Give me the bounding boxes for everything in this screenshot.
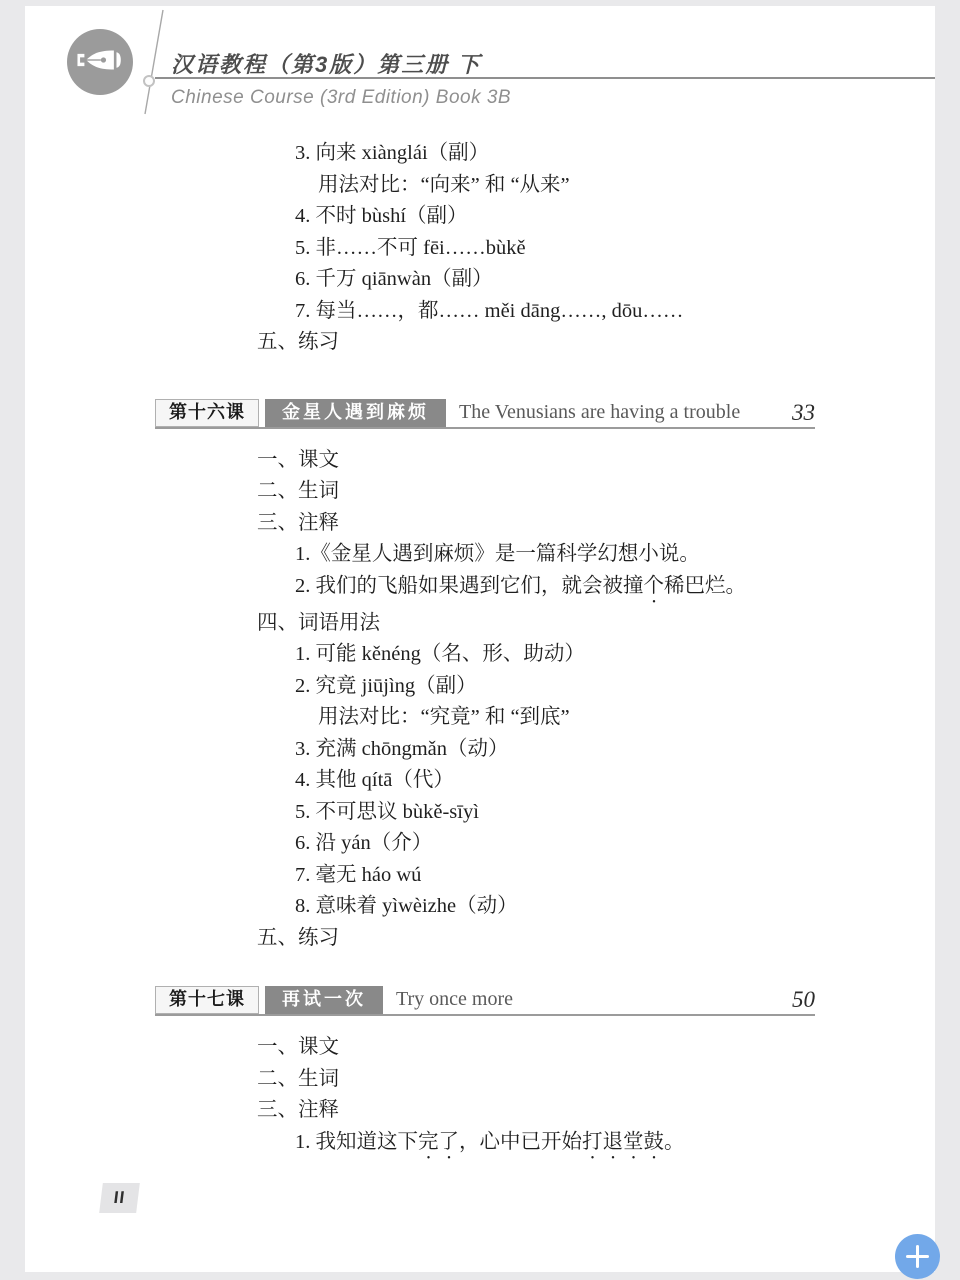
lesson17-items: 一、课文 二、生词 三、注释 1. 我知道这下完了，心中已开始打退堂鼓。	[25, 1032, 935, 1164]
toc-entry: 三、注释	[25, 508, 935, 540]
toc-entry: 6. 千万 qiānwàn（副）	[25, 264, 935, 296]
toc-entry: 5. 不可思议 bùkě-sīyì	[25, 797, 935, 829]
toc-entry: 5. 非……不可 fēi……bùkě	[25, 233, 935, 265]
toc-entry: 3. 向来 xiànglái（副）	[25, 138, 935, 170]
lesson-number-badge: 第十七课	[155, 986, 259, 1014]
book-title-english: Chinese Course (3rd Edition) Book 3B	[171, 87, 511, 109]
toc-entry: 1.《金星人遇到麻烦》是一篇科学幻想小说。	[25, 539, 935, 571]
toc-entry: 1. 我知道这下完了，心中已开始打退堂鼓。	[25, 1127, 935, 1164]
toc-entry: 二、生词	[25, 1064, 935, 1096]
toc-entry: 4. 其他 qítā（代）	[25, 765, 935, 797]
add-button[interactable]	[895, 1234, 940, 1279]
toc-content: 3. 向来 xiànglái（副） 用法对比：“向来” 和 “从来” 4. 不时…	[25, 138, 935, 1164]
lesson-title-chinese: 再试一次	[265, 986, 383, 1014]
toc-entry: 7. 毫无 háo wú	[25, 860, 935, 892]
lesson17-header: 第十七课 再试一次 Try once more 50	[155, 986, 815, 1016]
toc-entry: 7. 每当……，都…… měi dāng……, dōu……	[25, 296, 935, 328]
toc-entry: 用法对比：“究竟” 和 “到底”	[25, 702, 935, 734]
page-number-badge: II	[99, 1183, 140, 1213]
lesson16-header: 第十六课 金星人遇到麻烦 The Venusians are having a …	[155, 399, 815, 429]
toc-entry: 三、注释	[25, 1095, 935, 1127]
toc-entry: 3. 充满 chōngmǎn（动）	[25, 734, 935, 766]
toc-entry: 2. 我们的飞船如果遇到它们，就会被撞个稀巴烂。	[25, 571, 935, 608]
toc-entry: 二、生词	[25, 476, 935, 508]
toc-entry: 4. 不时 bùshí（副）	[25, 201, 935, 233]
lesson-page-number: 50	[792, 984, 815, 1016]
lesson-number-badge: 第十六课	[155, 399, 259, 427]
toc-entry: 五、练习	[25, 923, 935, 955]
toc-entry: 四、词语用法	[25, 608, 935, 640]
toc-entry: 一、课文	[25, 1032, 935, 1064]
toc-entry: 8. 意味着 yìwèizhe（动）	[25, 891, 935, 923]
continued-section: 3. 向来 xiànglái（副） 用法对比：“向来” 和 “从来” 4. 不时…	[25, 138, 935, 359]
plus-icon	[895, 1234, 940, 1279]
lesson-title-english: The Venusians are having a trouble	[459, 397, 740, 429]
lesson16-items: 一、课文 二、生词 三、注释 1.《金星人遇到麻烦》是一篇科学幻想小说。 2. …	[25, 445, 935, 955]
toc-entry: 用法对比：“向来” 和 “从来”	[25, 170, 935, 202]
lesson-title-english: Try once more	[396, 984, 513, 1016]
book-page: 汉语教程（第3版）第三册 下 Chinese Course (3rd Editi…	[25, 6, 935, 1272]
reader-screen: 汉语教程（第3版）第三册 下 Chinese Course (3rd Editi…	[0, 0, 960, 1280]
book-title-chinese: 汉语教程（第3版）第三册 下	[171, 48, 481, 79]
page-number: II	[113, 1188, 127, 1208]
header-rule	[155, 77, 935, 79]
header-ring-ornament	[143, 75, 155, 87]
toc-entry: 6. 沿 yán（介）	[25, 828, 935, 860]
lesson-page-number: 33	[792, 397, 815, 429]
toc-entry: 一、课文	[25, 445, 935, 477]
toc-entry: 1. 可能 kěnéng（名、形、助动）	[25, 639, 935, 671]
toc-entry: 五、练习	[25, 327, 935, 359]
lesson-title-chinese: 金星人遇到麻烦	[265, 399, 446, 427]
toc-entry: 2. 究竟 jiūjìng（副）	[25, 671, 935, 703]
